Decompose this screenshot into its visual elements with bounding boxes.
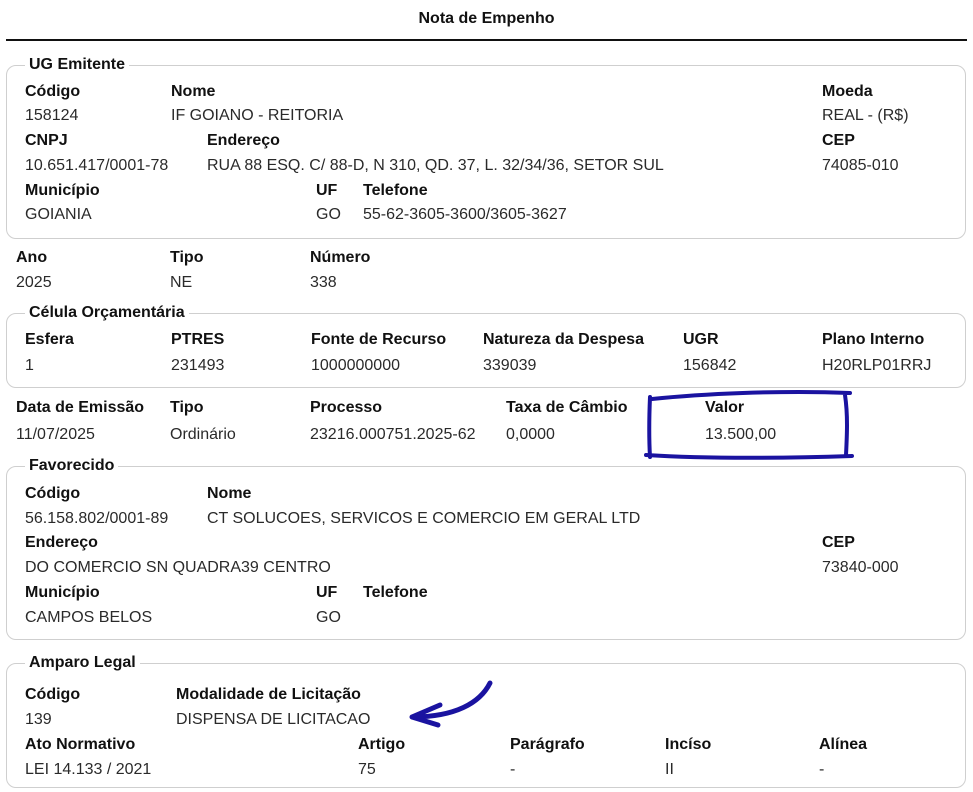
inciso-value: II <box>665 761 674 779</box>
taxa-cambio-label: Taxa de Câmbio <box>506 399 628 417</box>
celula-orcamentaria-section: Célula Orçamentária Esfera 1 PTRES 23149… <box>6 313 966 388</box>
uf-label: UF <box>316 182 337 200</box>
municipio-value: GOIANIA <box>25 206 92 224</box>
cep-value: 74085-010 <box>822 157 899 175</box>
favorecido-section: Favorecido Código 56.158.802/0001-89 Nom… <box>6 466 966 640</box>
endereco-value: RUA 88 ESQ. C/ 88-D, N 310, QD. 37, L. 3… <box>207 157 664 175</box>
uf-label: UF <box>316 584 337 602</box>
telefone-label: Telefone <box>363 584 428 602</box>
fonte-value: 1000000000 <box>311 357 400 375</box>
codigo-label: Código <box>25 83 80 101</box>
ptres-label: PTRES <box>171 331 224 349</box>
data-emissao-label: Data de Emissão <box>16 399 144 417</box>
municipio-label: Município <box>25 584 100 602</box>
cnpj-label: CNPJ <box>25 132 68 150</box>
tipo-empenho-label: Tipo <box>170 399 203 417</box>
nome-label: Nome <box>171 83 215 101</box>
natureza-value: 339039 <box>483 357 536 375</box>
alinea-label: Alínea <box>819 736 867 754</box>
section-legend: Célula Orçamentária <box>25 304 189 322</box>
cnpj-value: 10.651.417/0001-78 <box>25 157 168 175</box>
ug-emitente-section: UG Emitente Código 158124 Nome IF GOIANO… <box>6 65 966 239</box>
plano-interno-label: Plano Interno <box>822 331 924 349</box>
fonte-label: Fonte de Recurso <box>311 331 446 349</box>
processo-value: 23216.000751.2025-62 <box>310 426 476 444</box>
municipio-value: CAMPOS BELOS <box>25 609 152 627</box>
taxa-cambio-value: 0,0000 <box>506 426 555 444</box>
tipo-empenho-value: Ordinário <box>170 426 236 444</box>
codigo-label: Código <box>25 485 80 503</box>
moeda-value: REAL - (R$) <box>822 107 909 125</box>
section-legend: Favorecido <box>25 457 118 475</box>
municipio-label: Município <box>25 182 100 200</box>
paragrafo-value: - <box>510 761 515 779</box>
modalidade-value: DISPENSA DE LICITACAO <box>176 711 370 729</box>
paragrafo-label: Parágrafo <box>510 736 585 754</box>
codigo-label: Código <box>25 686 80 704</box>
cep-label: CEP <box>822 534 855 552</box>
esfera-label: Esfera <box>25 331 74 349</box>
artigo-value: 75 <box>358 761 376 779</box>
data-emissao-value: 11/07/2025 <box>16 426 95 444</box>
telefone-value: 55-62-3605-3600/3605-3627 <box>363 206 567 224</box>
ato-normativo-value: LEI 14.133 / 2021 <box>25 761 151 779</box>
numero-value: 338 <box>310 274 337 292</box>
amparo-legal-section: Amparo Legal Código 139 Modalidade de Li… <box>6 663 966 788</box>
uf-value: GO <box>316 609 341 627</box>
section-legend: UG Emitente <box>25 56 129 74</box>
numero-label: Número <box>310 249 370 267</box>
endereco-label: Endereço <box>25 534 98 552</box>
ano-value: 2025 <box>16 274 52 292</box>
codigo-value: 139 <box>25 711 52 729</box>
cep-label: CEP <box>822 132 855 150</box>
ano-label: Ano <box>16 249 47 267</box>
document-title: Nota de Empenho <box>0 10 973 28</box>
nome-label: Nome <box>207 485 251 503</box>
ptres-value: 231493 <box>171 357 224 375</box>
title-divider <box>6 39 967 41</box>
modalidade-label: Modalidade de Licitação <box>176 686 361 704</box>
artigo-label: Artigo <box>358 736 405 754</box>
uf-value: GO <box>316 206 341 224</box>
inciso-label: Incíso <box>665 736 711 754</box>
codigo-value: 158124 <box>25 107 78 125</box>
endereco-value: DO COMERCIO SN QUADRA39 CENTRO <box>25 559 331 577</box>
tipo-label: Tipo <box>170 249 203 267</box>
ugr-label: UGR <box>683 331 719 349</box>
nome-value: CT SOLUCOES, SERVICOS E COMERCIO EM GERA… <box>207 510 640 528</box>
endereco-label: Endereço <box>207 132 280 150</box>
moeda-label: Moeda <box>822 83 873 101</box>
tipo-value: NE <box>170 274 192 292</box>
plano-interno-value: H20RLP01RRJ <box>822 357 931 375</box>
codigo-value: 56.158.802/0001-89 <box>25 510 168 528</box>
cep-value: 73840-000 <box>822 559 899 577</box>
nome-value: IF GOIANO - REITORIA <box>171 107 343 125</box>
valor-value: 13.500,00 <box>705 426 776 444</box>
highlight-box-annotation <box>640 385 860 465</box>
ato-normativo-label: Ato Normativo <box>25 736 135 754</box>
esfera-value: 1 <box>25 357 34 375</box>
alinea-value: - <box>819 761 824 779</box>
telefone-label: Telefone <box>363 182 428 200</box>
section-legend: Amparo Legal <box>25 654 140 672</box>
valor-label: Valor <box>705 399 744 417</box>
processo-label: Processo <box>310 399 382 417</box>
ugr-value: 156842 <box>683 357 736 375</box>
natureza-label: Natureza da Despesa <box>483 331 644 349</box>
